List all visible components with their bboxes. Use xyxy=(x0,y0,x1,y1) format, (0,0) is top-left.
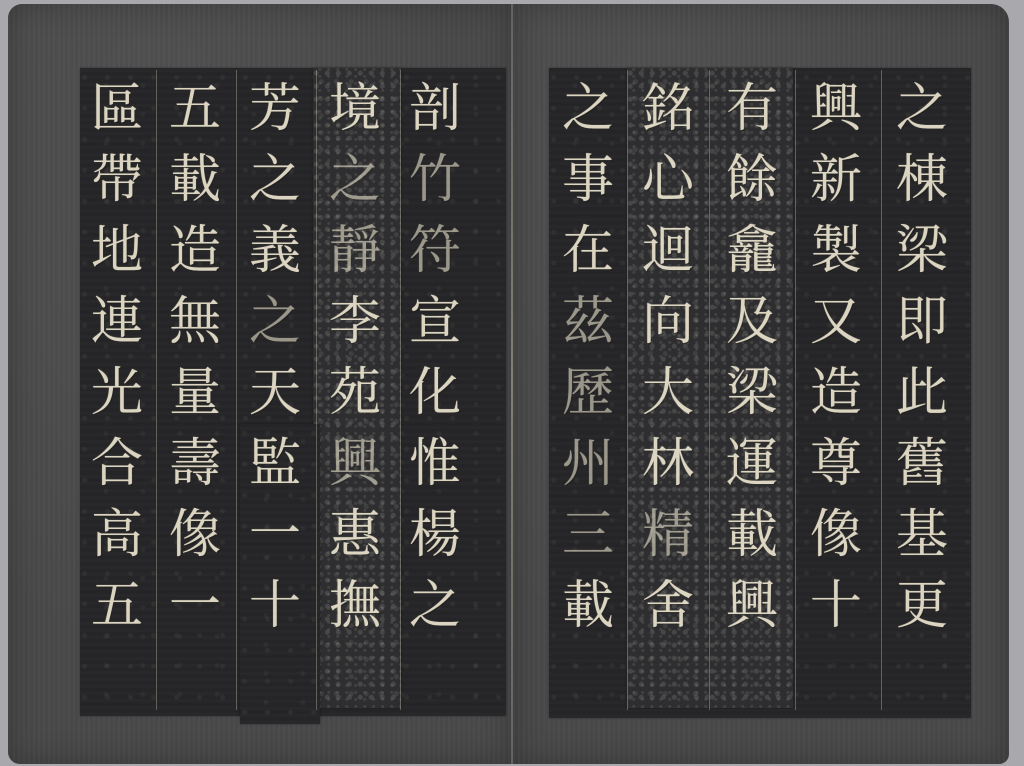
glyph: 餘 xyxy=(721,145,783,216)
glyph: 帶 xyxy=(86,145,148,216)
glyph: 歷 xyxy=(557,358,619,429)
glyph: 像 xyxy=(805,500,867,571)
glyph: 基 xyxy=(891,500,953,571)
glyph: 即 xyxy=(891,287,953,358)
glyph: 事 xyxy=(557,145,619,216)
glyph: 載 xyxy=(557,571,619,642)
glyph: 造 xyxy=(164,216,226,287)
glyph: 一 xyxy=(164,571,226,642)
glyph: 義 xyxy=(244,216,306,287)
glyph: 舊 xyxy=(891,429,953,500)
glyph: 興 xyxy=(324,429,386,500)
glyph: 合 xyxy=(86,429,148,500)
column-rule xyxy=(795,70,796,710)
glyph: 五 xyxy=(164,74,226,145)
glyph: 銘 xyxy=(637,74,699,145)
glyph: 光 xyxy=(86,358,148,429)
glyph: 高 xyxy=(86,500,148,571)
calligraphy-column-right-2: 興 新 製 又 造 尊 像 十 xyxy=(805,74,867,642)
glyph: 一 xyxy=(244,500,306,571)
glyph: 州 xyxy=(557,429,619,500)
glyph: 在 xyxy=(557,216,619,287)
glyph: 載 xyxy=(164,145,226,216)
glyph: 地 xyxy=(86,216,148,287)
column-rule xyxy=(881,70,882,710)
glyph: 壽 xyxy=(164,429,226,500)
glyph: 造 xyxy=(805,358,867,429)
glyph: 連 xyxy=(86,287,148,358)
glyph: 之 xyxy=(404,571,466,642)
glyph: 更 xyxy=(891,571,953,642)
glyph: 製 xyxy=(805,216,867,287)
glyph: 興 xyxy=(805,74,867,145)
glyph: 運 xyxy=(721,429,783,500)
glyph: 向 xyxy=(637,287,699,358)
column-rule xyxy=(236,70,237,710)
glyph: 茲 xyxy=(557,287,619,358)
calligraphy-column-right-3: 有 餘 龕 及 梁 運 載 興 xyxy=(721,74,783,642)
glyph: 天 xyxy=(244,358,306,429)
glyph: 惠 xyxy=(324,500,386,571)
right-page: 之 棟 梁 即 此 舊 基 更 興 新 製 又 造 尊 像 十 有 餘 龕 及 … xyxy=(513,4,1009,764)
glyph: 之 xyxy=(324,145,386,216)
calligraphy-column-right-5: 之 事 在 茲 歷 州 三 載 xyxy=(557,74,619,642)
glyph: 十 xyxy=(244,571,306,642)
calligraphy-column-left-2: 境 之 靜 李 苑 興 惠 撫 xyxy=(324,74,386,642)
glyph: 化 xyxy=(404,358,466,429)
glyph: 有 xyxy=(721,74,783,145)
left-page: 剖 竹 符 宣 化 惟 楊 之 境 之 靜 李 苑 興 惠 撫 芳 之 義 之 … xyxy=(8,4,513,764)
glyph: 大 xyxy=(637,358,699,429)
glyph: 此 xyxy=(891,358,953,429)
glyph: 之 xyxy=(891,74,953,145)
glyph: 竹 xyxy=(404,145,466,216)
calligraphy-column-right-1: 之 棟 梁 即 此 舊 基 更 xyxy=(891,74,953,642)
glyph: 三 xyxy=(557,500,619,571)
glyph: 境 xyxy=(324,74,386,145)
calligraphy-column-left-3: 芳 之 義 之 天 監 一 十 xyxy=(244,74,306,642)
glyph: 迴 xyxy=(637,216,699,287)
glyph: 之 xyxy=(244,145,306,216)
column-rule xyxy=(400,70,401,710)
glyph: 撫 xyxy=(324,571,386,642)
calligraphy-column-right-4: 銘 心 迴 向 大 林 精 舍 xyxy=(637,74,699,642)
glyph: 十 xyxy=(805,571,867,642)
glyph: 之 xyxy=(244,287,306,358)
glyph: 尊 xyxy=(805,429,867,500)
glyph: 心 xyxy=(637,145,699,216)
glyph: 量 xyxy=(164,358,226,429)
column-rule xyxy=(316,70,317,710)
calligraphy-column-left-1: 剖 竹 符 宣 化 惟 楊 之 xyxy=(404,74,466,642)
glyph: 區 xyxy=(86,74,148,145)
glyph: 苑 xyxy=(324,358,386,429)
glyph: 載 xyxy=(721,500,783,571)
glyph: 監 xyxy=(244,429,306,500)
glyph: 無 xyxy=(164,287,226,358)
glyph: 棟 xyxy=(891,145,953,216)
calligraphy-column-left-5: 區 帶 地 連 光 合 高 五 xyxy=(86,74,148,642)
glyph: 宣 xyxy=(404,287,466,358)
glyph: 符 xyxy=(404,216,466,287)
glyph: 之 xyxy=(557,74,619,145)
glyph: 靜 xyxy=(324,216,386,287)
glyph: 芳 xyxy=(244,74,306,145)
column-rule xyxy=(709,70,710,710)
glyph: 精 xyxy=(637,500,699,571)
calligraphy-column-left-4: 五 載 造 無 量 壽 像 一 xyxy=(164,74,226,642)
glyph: 新 xyxy=(805,145,867,216)
glyph: 及 xyxy=(721,287,783,358)
glyph: 李 xyxy=(324,287,386,358)
glyph: 梁 xyxy=(721,358,783,429)
glyph: 龕 xyxy=(721,216,783,287)
glyph: 楊 xyxy=(404,500,466,571)
glyph: 舍 xyxy=(637,571,699,642)
glyph: 剖 xyxy=(404,74,466,145)
glyph: 梁 xyxy=(891,216,953,287)
glyph: 林 xyxy=(637,429,699,500)
glyph: 又 xyxy=(805,287,867,358)
glyph: 興 xyxy=(721,571,783,642)
glyph: 像 xyxy=(164,500,226,571)
glyph: 惟 xyxy=(404,429,466,500)
glyph: 五 xyxy=(86,571,148,642)
column-rule xyxy=(627,70,628,710)
column-rule xyxy=(156,70,157,710)
album-spread: 剖 竹 符 宣 化 惟 楊 之 境 之 靜 李 苑 興 惠 撫 芳 之 義 之 … xyxy=(0,0,1024,766)
